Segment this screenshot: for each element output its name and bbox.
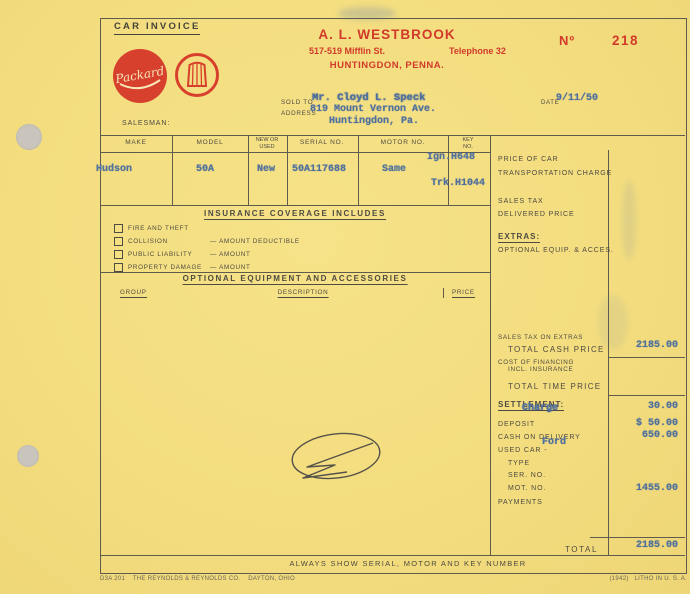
new-used-value: New xyxy=(257,164,275,175)
rule xyxy=(248,135,249,205)
rule xyxy=(490,135,491,555)
dealer-name: A. L. WESTBROOK xyxy=(318,27,455,42)
financing-label-line1: COST OF FINANCING xyxy=(498,359,574,366)
equipment-col-description: DESCRIPTION xyxy=(278,289,329,298)
rule xyxy=(443,288,444,298)
settlement-charge-value: 30.00 xyxy=(648,401,678,412)
col-serial: SERIAL NO. xyxy=(300,139,344,146)
punch-hole-bottom xyxy=(17,445,39,467)
address-line2: Huntingdon, Pa. xyxy=(329,116,419,127)
sold-to-label: SOLD TO xyxy=(281,99,313,106)
insurance-title: INSURANCE COVERAGE INCLUDES xyxy=(204,209,386,220)
cash-on-delivery-label: CASH ON DELIVERY xyxy=(498,434,581,441)
total-value: 2185.00 xyxy=(636,540,678,551)
rule xyxy=(100,555,685,556)
price-of-car-label: PRICE OF CAR xyxy=(498,156,559,163)
dealer-phone: Telephone 32 xyxy=(449,46,506,56)
rule xyxy=(448,135,449,205)
insurance-item-label: FIRE AND THEFT xyxy=(128,225,189,232)
checkbox-collision xyxy=(114,237,123,246)
settlement-charge-typed: Charge xyxy=(522,403,558,414)
form-title: CAR INVOICE xyxy=(114,21,200,35)
insurance-item-label: PROPERTY DAMAGE xyxy=(128,264,202,271)
punch-hole-top xyxy=(16,124,42,150)
insurance-item-suffix: — AMOUNT DEDUCTIBLE xyxy=(210,238,300,245)
extras-title: EXTRAS: xyxy=(498,232,540,243)
insurance-item-label: PUBLIC LIABILITY xyxy=(128,251,192,258)
key-value-ignition: Ign.H648 xyxy=(427,152,475,163)
sold-to-value: Mr. Cloyd L. Speck xyxy=(312,92,425,104)
financing-label-line2: INCL. INSURANCE xyxy=(508,366,573,373)
col-model: MODEL xyxy=(196,139,223,146)
salesman-label: SALESMAN: xyxy=(122,120,170,127)
checkbox-property-damage xyxy=(114,263,123,272)
rule xyxy=(608,395,685,396)
invoice-scan: CAR INVOICE Packard A. L. WESTBROOK 517-… xyxy=(0,0,690,594)
sales-tax-extras-label: SALES TAX ON EXTRAS xyxy=(498,334,583,341)
total-label: TOTAL xyxy=(498,545,598,554)
packard-radiator-logo xyxy=(174,52,220,98)
key-value-trunk: Trk.H1044 xyxy=(431,178,485,189)
rule xyxy=(100,205,490,206)
equipment-col-price: PRICE xyxy=(452,289,475,298)
rule xyxy=(287,135,288,205)
rule xyxy=(608,150,609,555)
date-value: 9/11/50 xyxy=(556,93,598,104)
rule xyxy=(358,135,359,205)
payments-label: PAYMENTS xyxy=(498,499,543,506)
deposit-value: $ 50.00 xyxy=(636,418,678,429)
used-car-serial-label: SER. NO. xyxy=(508,472,546,479)
col-make: MAKE xyxy=(125,139,147,146)
transportation-label: TRANSPORTATION CHARGE xyxy=(498,170,612,177)
insurance-item-suffix: — AMOUNT xyxy=(210,264,251,271)
rule xyxy=(100,135,685,136)
litho-imprint: (1942) LITHO IN U. S. A. xyxy=(610,576,688,582)
total-time-price-label: TOTAL TIME PRICE xyxy=(508,382,601,391)
col-motor: MOTOR NO. xyxy=(381,139,426,146)
printer-imprint: D3A 201 THE REYNOLDS & REYNOLDS CO. DAYT… xyxy=(100,576,295,582)
insurance-item-label: COLLISION xyxy=(128,238,168,245)
col-new-used: NEW OR USED xyxy=(252,137,282,150)
rule xyxy=(172,135,173,205)
invoice-number: 218 xyxy=(612,33,639,48)
cash-on-delivery-value: 650.00 xyxy=(642,430,678,441)
packard-script-logo: Packard xyxy=(112,48,168,104)
sales-tax-label: SALES TAX xyxy=(498,198,544,205)
trade-allowance-value: 1455.00 xyxy=(636,483,678,494)
model-value: 50A xyxy=(196,164,214,175)
serial-value: 50A117688 xyxy=(292,164,346,175)
extras-item-label: OPTIONAL EQUIP. & ACCES. xyxy=(498,247,614,254)
deposit-label: DEPOSIT xyxy=(498,421,535,428)
checkbox-fire-theft xyxy=(114,224,123,233)
delivered-price-label: DELIVERED PRICE xyxy=(498,211,575,218)
address-line1: 819 Mount Vernon Ave. xyxy=(310,104,436,115)
checkbox-public-liability xyxy=(114,250,123,259)
rule xyxy=(100,272,490,273)
used-car-type-label: TYPE xyxy=(508,460,530,467)
dealer-street: 517-519 Mifflin St. xyxy=(309,46,385,56)
strip-notice: ALWAYS SHOW SERIAL, MOTOR AND KEY NUMBER xyxy=(289,559,526,568)
make-value: Hudson xyxy=(96,164,132,175)
insurance-item-suffix: — AMOUNT xyxy=(210,251,251,258)
rule xyxy=(590,537,685,538)
total-cash-price-value: 2185.00 xyxy=(636,340,678,351)
equipment-col-group: GROUP xyxy=(120,289,147,298)
rule xyxy=(608,357,685,358)
invoice-number-label: Nº xyxy=(559,33,575,48)
total-cash-price-label: TOTAL CASH PRICE xyxy=(508,345,605,354)
dealer-city: HUNTINGDON, PENNA. xyxy=(330,60,445,71)
used-car-label: USED CAR - xyxy=(498,447,547,454)
col-key: KEY NO. xyxy=(457,137,479,150)
motor-value: Same xyxy=(382,164,406,175)
pen-scribble xyxy=(289,429,384,484)
equipment-title: OPTIONAL EQUIPMENT AND ACCESSORIES xyxy=(183,274,408,285)
used-car-motor-label: MOT. NO. xyxy=(508,485,546,492)
